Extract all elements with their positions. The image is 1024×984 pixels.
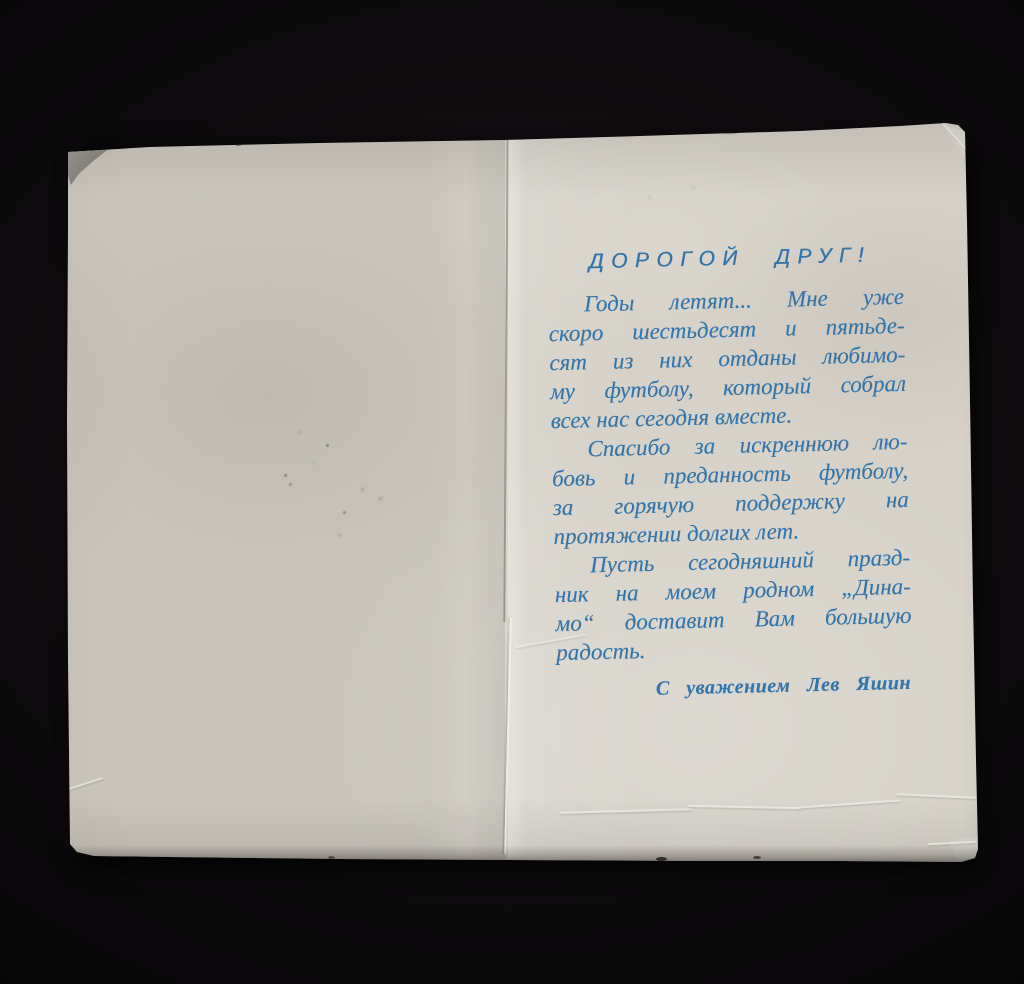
edge-speck (259, 141, 264, 144)
photo-background: ДОРОГОЙ ДРУГ! Годы летят... Мне ужескоро… (0, 0, 1024, 984)
dirt-mark (664, 122, 724, 135)
card-text: ДОРОГОЙ ДРУГ! Годы летят... Мне ужескоро… (547, 243, 914, 703)
greeting-card: ДОРОГОЙ ДРУГ! Годы летят... Мне ужескоро… (0, 0, 1024, 984)
card-body: Годы летят... Мне ужескоро шестьдесят и … (548, 282, 913, 667)
paper-speckles (0, 0, 3, 3)
dirt-mark (720, 128, 740, 134)
edge-speck (235, 142, 242, 146)
fold-highlight (508, 140, 525, 858)
fold-shadow (466, 140, 505, 860)
